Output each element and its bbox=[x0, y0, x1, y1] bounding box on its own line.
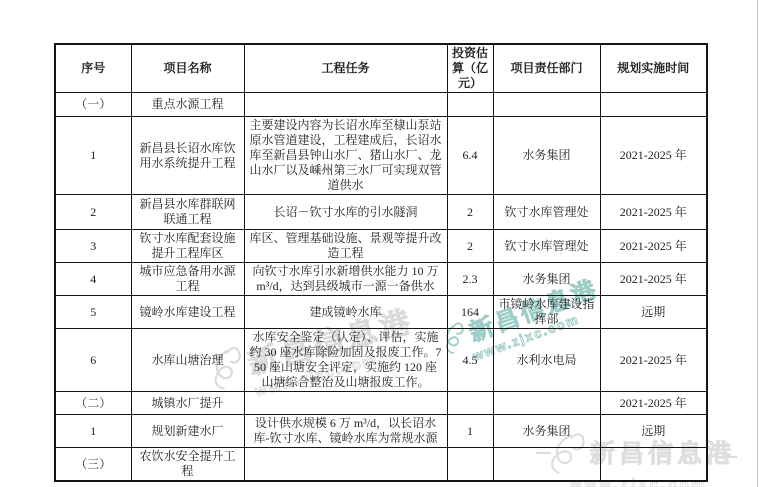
cell-investment: 4.5 bbox=[447, 329, 493, 392]
cell-investment bbox=[447, 392, 493, 415]
cell-serial-number: （二） bbox=[55, 392, 131, 415]
cell-serial-number: 1 bbox=[55, 415, 131, 448]
document-page: 新昌信息港 www.zjxc.com 新昌信息港 www.zjxc.com bbox=[0, 0, 759, 487]
cell-schedule bbox=[600, 448, 707, 482]
cell-project-task bbox=[244, 392, 447, 415]
cell-serial-number: （一） bbox=[55, 93, 131, 117]
cell-investment: 1 bbox=[447, 415, 493, 448]
cell-project-task bbox=[244, 93, 447, 117]
projects-table: 序号 项目名称 工程任务 投资估算（亿元） 项目责任部门 规划实施时间 （一） … bbox=[54, 43, 708, 482]
cell-project-task bbox=[244, 448, 447, 482]
cell-project-name: 城市应急备用水源工程 bbox=[131, 263, 244, 296]
cell-serial-number: 1 bbox=[55, 117, 131, 195]
cell-department: 水务集团 bbox=[493, 263, 600, 296]
cell-schedule: 2021-2025 年 bbox=[600, 263, 707, 296]
cell-project-task: 设计供水规模 6 万 m³/d，以长诏水库-钦寸水库、镜岭水库为常规水源 bbox=[244, 415, 447, 448]
cell-schedule: 2021-2025 年 bbox=[600, 392, 707, 415]
cell-project-name: 新昌县水库群联网联通工程 bbox=[131, 195, 244, 230]
cell-department: 钦寸水库管理处 bbox=[493, 230, 600, 263]
table-row: （二） 城镇水厂提升 2021-2025 年 bbox=[55, 392, 707, 415]
cell-schedule: 远期 bbox=[600, 296, 707, 329]
cell-project-task: 库区、管理基础设施、景观等提升改造工程 bbox=[244, 230, 447, 263]
cell-schedule: 远期 bbox=[600, 415, 707, 448]
column-header-task: 工程任务 bbox=[244, 44, 447, 93]
cell-investment bbox=[447, 93, 493, 117]
column-header-investment: 投资估算（亿元） bbox=[447, 44, 493, 93]
cell-investment: 2 bbox=[447, 195, 493, 230]
table-row: 2 新昌县水库群联网联通工程 长诏－钦寸水库的引水隧洞 2 钦寸水库管理处 20… bbox=[55, 195, 707, 230]
cell-project-task: 向钦寸水库引水新增供水能力 10 万 m³/d，达到县级城市一源一备供水 bbox=[244, 263, 447, 296]
cell-department: 水务集团 bbox=[493, 117, 600, 195]
cell-schedule: 2021-2025 年 bbox=[600, 195, 707, 230]
cell-project-name: 规划新建水厂 bbox=[131, 415, 244, 448]
cell-project-name: 重点水源工程 bbox=[131, 93, 244, 117]
cell-project-task: 主要建设内容为长诏水库至棣山泵站原水管道建设，工程建成后，长诏水库至新昌县钟山水… bbox=[244, 117, 447, 195]
column-header-serial: 序号 bbox=[55, 44, 131, 93]
table-row: 3 钦寸水库配套设施提升工程库区 库区、管理基础设施、景观等提升改造工程 2 钦… bbox=[55, 230, 707, 263]
watermark-dash bbox=[722, 456, 737, 458]
cell-serial-number: 3 bbox=[55, 230, 131, 263]
cell-investment: 6.4 bbox=[447, 117, 493, 195]
cell-schedule: 2021-2025 年 bbox=[600, 230, 707, 263]
table-body: （一） 重点水源工程 1 新昌县长诏水库饮用水系统提升工程 主要建设内容为长诏水… bbox=[55, 93, 707, 482]
cell-serial-number: 2 bbox=[55, 195, 131, 230]
table-row: 1 规划新建水厂 设计供水规模 6 万 m³/d，以长诏水库-钦寸水库、镜岭水库… bbox=[55, 415, 707, 448]
cell-serial-number: 4 bbox=[55, 263, 131, 296]
cell-project-name: 新昌县长诏水库饮用水系统提升工程 bbox=[131, 117, 244, 195]
cell-project-task: 建成镜岭水库 bbox=[244, 296, 447, 329]
cell-project-name: 镜岭水库建设工程 bbox=[131, 296, 244, 329]
page-right-border bbox=[757, 0, 758, 487]
cell-department bbox=[493, 93, 600, 117]
cell-department: 水利水电局 bbox=[493, 329, 600, 392]
table-row: 5 镜岭水库建设工程 建成镜岭水库 164 市镜岭水库建设指挥部 远期 bbox=[55, 296, 707, 329]
cell-serial-number: 5 bbox=[55, 296, 131, 329]
table-row: （三） 农饮水安全提升工程 bbox=[55, 448, 707, 482]
cell-project-task: 长诏－钦寸水库的引水隧洞 bbox=[244, 195, 447, 230]
cell-investment: 164 bbox=[447, 296, 493, 329]
cell-project-task: 水库安全鉴定（认定）、评估，实施约 30 座水库除险加固及报废工作。750 座山… bbox=[244, 329, 447, 392]
cell-serial-number: 6 bbox=[55, 329, 131, 392]
cell-schedule: 2021-2025 年 bbox=[600, 117, 707, 195]
cell-investment: 2 bbox=[447, 230, 493, 263]
cell-serial-number: （三） bbox=[55, 448, 131, 482]
column-header-name: 项目名称 bbox=[131, 44, 244, 93]
cell-project-name: 农饮水安全提升工程 bbox=[131, 448, 244, 482]
cell-schedule: 2021-2025 年 bbox=[600, 329, 707, 392]
cell-project-name: 城镇水厂提升 bbox=[131, 392, 244, 415]
cell-department: 水务集团 bbox=[493, 415, 600, 448]
cell-schedule bbox=[600, 93, 707, 117]
table-row: 6 水库山塘治理 水库安全鉴定（认定）、评估，实施约 30 座水库除险加固及报废… bbox=[55, 329, 707, 392]
table-row: 1 新昌县长诏水库饮用水系统提升工程 主要建设内容为长诏水库至棣山泵站原水管道建… bbox=[55, 117, 707, 195]
column-header-schedule: 规划实施时间 bbox=[600, 44, 707, 93]
cell-investment: 2.3 bbox=[447, 263, 493, 296]
table-row: 4 城市应急备用水源工程 向钦寸水库引水新增供水能力 10 万 m³/d，达到县… bbox=[55, 263, 707, 296]
cell-project-name: 钦寸水库配套设施提升工程库区 bbox=[131, 230, 244, 263]
cell-project-name: 水库山塘治理 bbox=[131, 329, 244, 392]
cell-department: 钦寸水库管理处 bbox=[493, 195, 600, 230]
table-row: （一） 重点水源工程 bbox=[55, 93, 707, 117]
cell-department bbox=[493, 448, 600, 482]
cell-department bbox=[493, 392, 600, 415]
table-header: 序号 项目名称 工程任务 投资估算（亿元） 项目责任部门 规划实施时间 bbox=[55, 44, 707, 93]
cell-department: 市镜岭水库建设指挥部 bbox=[493, 296, 600, 329]
cell-investment bbox=[447, 448, 493, 482]
column-header-department: 项目责任部门 bbox=[493, 44, 600, 93]
